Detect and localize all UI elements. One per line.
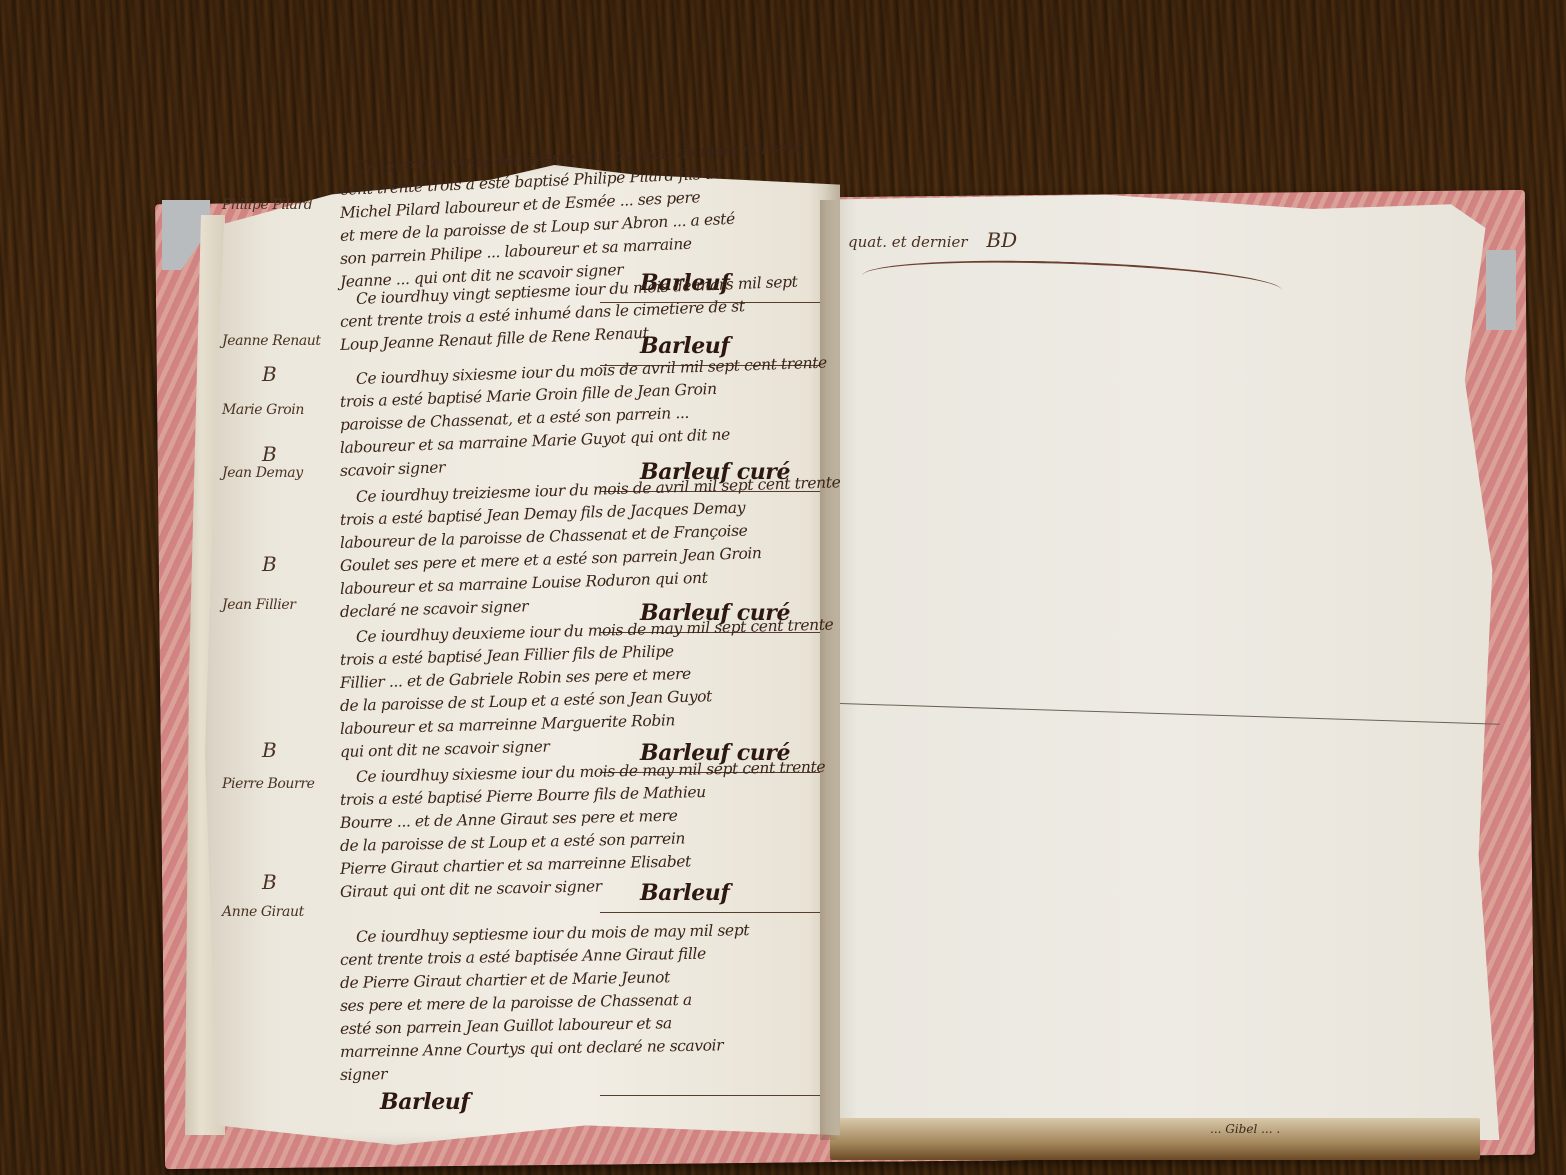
page-bottom-edge <box>830 1118 1480 1160</box>
curate-signature: Barleuf <box>640 880 729 906</box>
margin-name: Pierre Bourre <box>222 776 315 792</box>
baptism-marker: B <box>262 442 276 466</box>
margin-name: Jean Demay <box>222 465 303 481</box>
cover-corner-right <box>1486 250 1516 330</box>
initials: BD <box>986 228 1017 252</box>
baptism-marker: B <box>262 738 276 762</box>
margin-name: Anne Giraut <box>222 904 304 920</box>
baptism-marker: B <box>262 552 276 576</box>
right-page <box>830 190 1520 1140</box>
margin-name: Marie Groin <box>222 402 304 418</box>
entry-line: signer <box>340 1065 387 1084</box>
margin-name: Philipe Pilard <box>222 197 312 213</box>
book-gutter <box>820 200 838 1140</box>
baptism-marker: B <box>262 870 276 894</box>
entry-line: scavoir signer <box>340 458 446 480</box>
margin-name: Jean Fillier <box>222 597 296 613</box>
entry-separator <box>600 912 820 913</box>
margin-name: Jeanne Renaut <box>222 333 321 349</box>
curate-signature: Barleuf <box>640 333 729 359</box>
baptism-marker: B <box>262 362 276 386</box>
curate-signature: Barleuf <box>380 1089 469 1115</box>
entry-separator <box>600 1095 820 1096</box>
right-page-header-note: quat. et dernier BD <box>848 228 1017 252</box>
bottom-edge-note: ... Gibel ... . <box>1210 1122 1280 1136</box>
